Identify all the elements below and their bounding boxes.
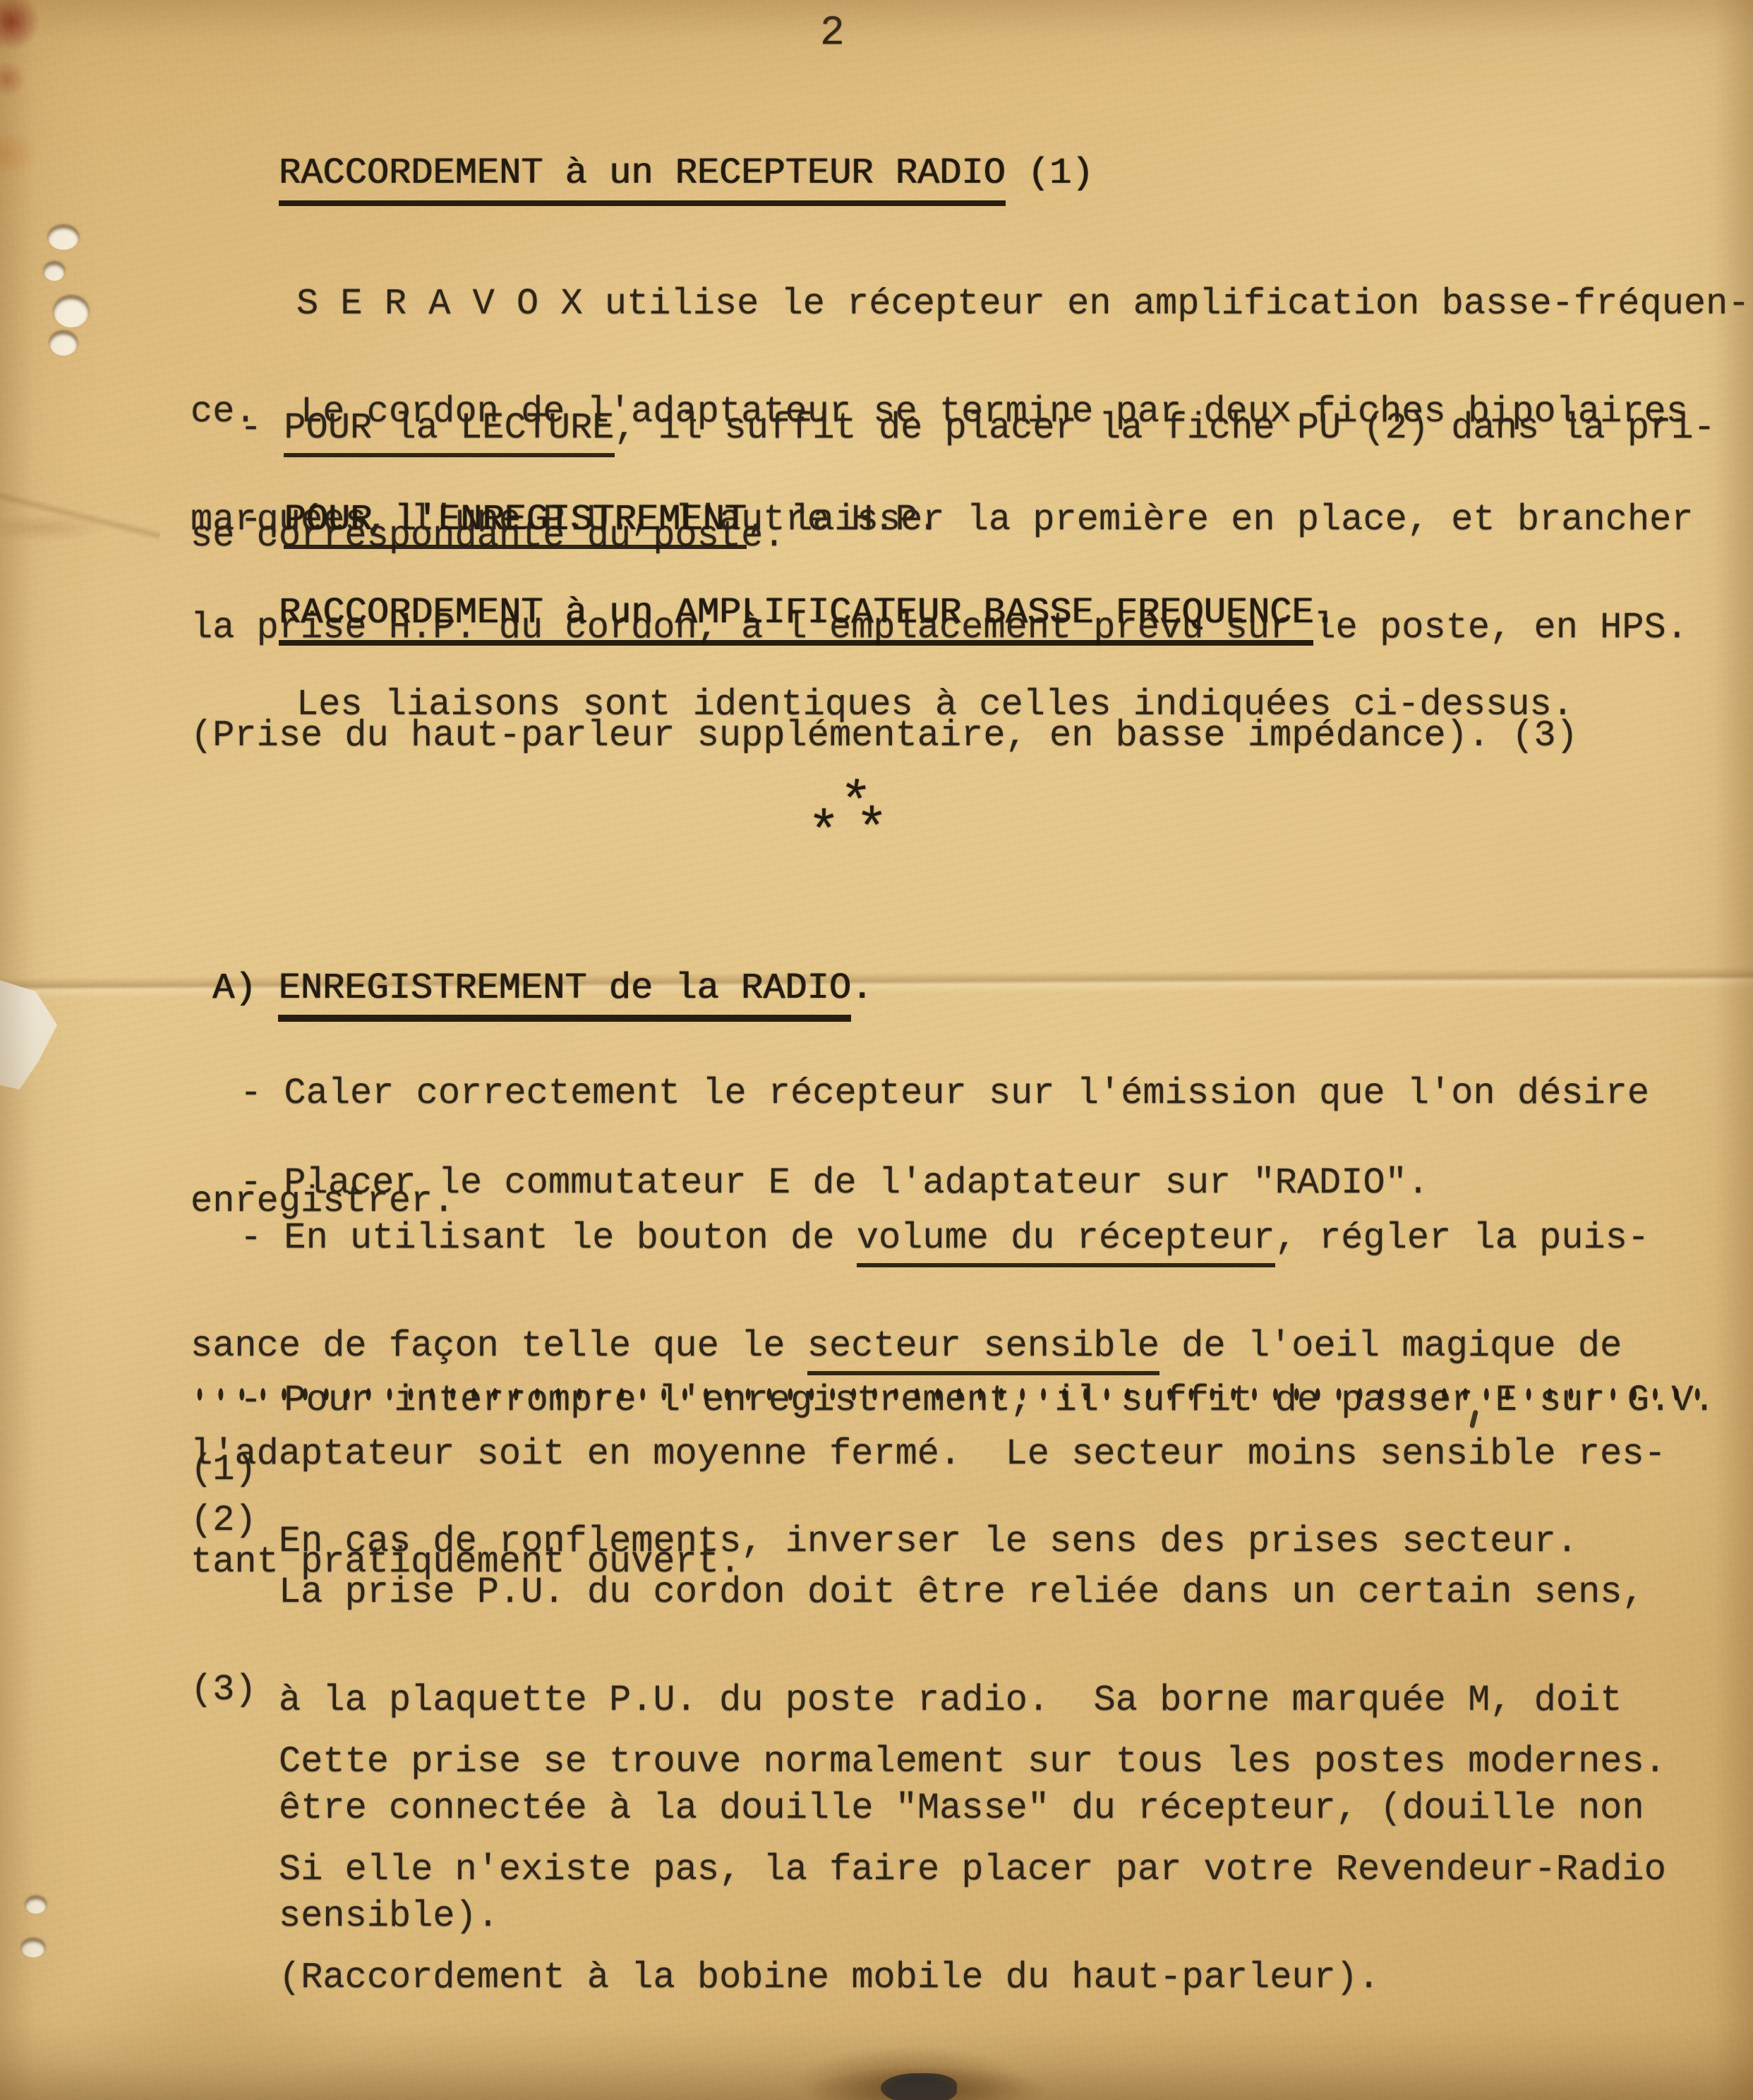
line-rest: , laisser la première en place, et branc… <box>747 499 1694 541</box>
paper-hole <box>48 226 79 250</box>
asterisk-right: * <box>855 800 888 862</box>
underlined-phrase: volume du récepteur <box>857 1217 1275 1267</box>
heading1-suffix: (1) <box>1006 152 1094 194</box>
paragraph-liaisons: Les liaisons sont identiques à celles in… <box>191 615 1574 795</box>
page-number: 2 <box>820 16 845 52</box>
paper-hole <box>25 1897 47 1914</box>
line-start: - En utilisant le bouton de <box>240 1217 857 1259</box>
bottom-edge-tear <box>881 2073 957 2100</box>
heading1-underlined-text: RACCORDEMENT à un RECEPTEUR RADIO <box>279 152 1006 206</box>
dotted-separator <box>189 1383 1712 1406</box>
bullet-dash: - <box>240 499 284 541</box>
text-line: S E R A V O X utilise le récepteur en am… <box>191 286 1750 322</box>
left-fold-crease <box>0 486 161 541</box>
footnote-3: (3) Cette prise se trouve normalement su… <box>191 1672 1666 2068</box>
text-line: - POUR l'ENREGISTREMENT, laisser la prem… <box>191 502 1694 538</box>
paper-hole <box>21 1939 45 1957</box>
line-rest: , régler la puis- <box>1275 1217 1650 1259</box>
text-line: (Raccordement à la bobine mobile du haut… <box>279 1960 1666 1996</box>
typewritten-page: 2 RACCORDEMENT à un RECEPTEUR RADIO (1) … <box>0 0 1753 2100</box>
asterisk-left: * <box>807 803 841 865</box>
paper-hole <box>54 296 89 327</box>
underlined-phrase: POUR l'ENREGISTREMENT <box>284 499 746 549</box>
footnote-marker: (3) <box>191 1672 279 2068</box>
text-line: Les liaisons sont identiques à celles in… <box>191 687 1574 723</box>
text-line: Cette prise se trouve normalement sur to… <box>279 1744 1666 1780</box>
heading-raccordement-recepteur: RACCORDEMENT à un RECEPTEUR RADIO (1) <box>191 119 1093 227</box>
text-line: Si elle n'existe pas, la faire placer pa… <box>279 1852 1666 1888</box>
paper-hole <box>44 262 65 281</box>
paper-hole <box>49 332 78 356</box>
text-line: La prise P.U. du cordon doit être reliée… <box>279 1574 1644 1610</box>
text-line: - En utilisant le bouton de volume du ré… <box>191 1220 1666 1256</box>
footnote-body: Cette prise se trouve normalement sur to… <box>279 1672 1666 2068</box>
